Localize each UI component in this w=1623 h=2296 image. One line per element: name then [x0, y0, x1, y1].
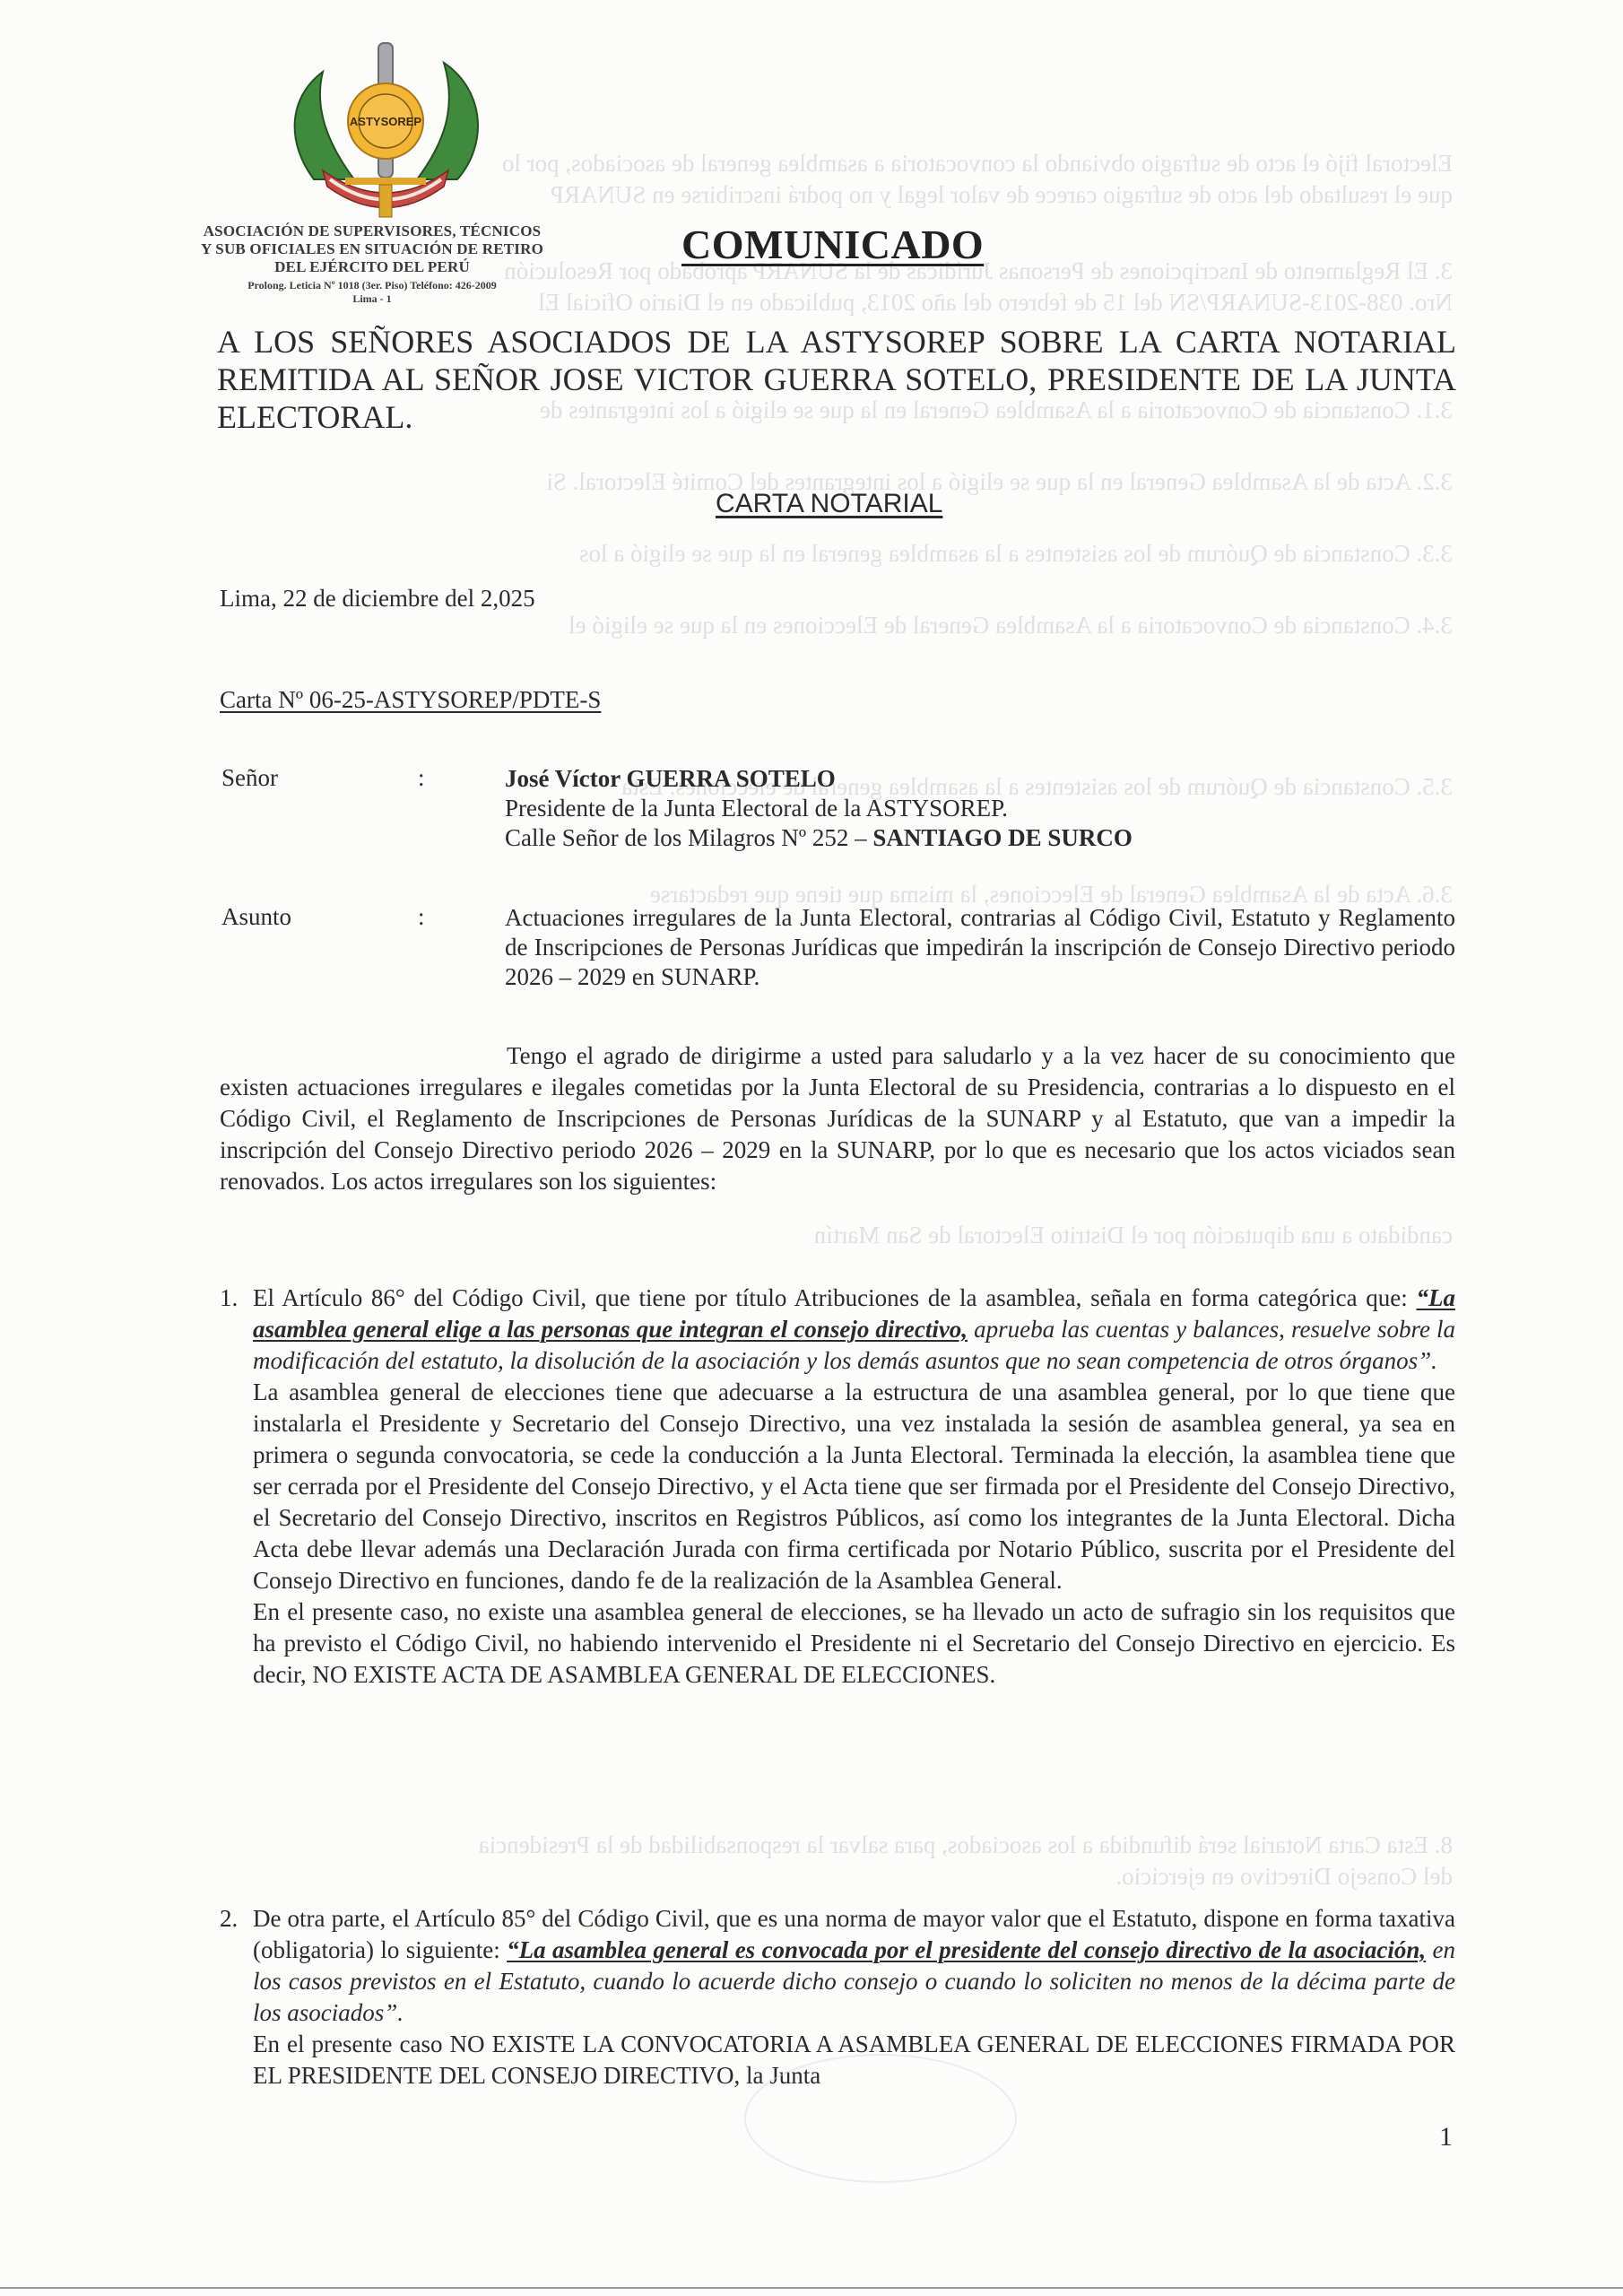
- recipient-name: José Víctor GUERRA SOTELO: [505, 764, 1455, 794]
- association-logo: ASTYSOREP: [251, 36, 520, 224]
- astysorep-emblem-icon: ASTYSOREP: [251, 36, 520, 224]
- letter-reference: Carta Nº 06-25-ASTYSOREP/PDTE-S: [220, 686, 601, 714]
- subject-label: Asunto: [221, 903, 291, 931]
- scan-edge-divider: [0, 2287, 1623, 2289]
- item-lead-paragraph: El Artículo 86° del Código Civil, que ti…: [253, 1283, 1455, 1377]
- svg-text:ASTYSOREP: ASTYSOREP: [350, 115, 422, 128]
- list-item-number: 1.: [220, 1283, 238, 1314]
- document-type-heading: COMUNICADO: [681, 221, 984, 268]
- item-lead-paragraph: De otra parte, el Artículo 85° del Códig…: [253, 1903, 1455, 2029]
- recipient-position: Presidente de la Junta Electoral de la A…: [505, 794, 1455, 823]
- subject-text: Actuaciones irregulares de la Junta Elec…: [505, 903, 1455, 992]
- list-item-body: El Artículo 86° del Código Civil, que ti…: [253, 1283, 1455, 1691]
- org-city: Lima - 1: [179, 292, 565, 305]
- recipient-address: Calle Señor de los Milagros Nº 252 – SAN…: [505, 823, 1455, 853]
- org-name-line-2: Y SUB OFICIALES EN SITUACIÓN DE RETIRO: [179, 240, 565, 258]
- recipient-district: SANTIAGO DE SURCO: [872, 824, 1133, 851]
- intro-paragraph: Tengo el agrado de dirigirme a usted par…: [220, 1040, 1455, 1197]
- recipient-label: Señor: [221, 764, 278, 792]
- subject-colon: :: [418, 903, 425, 931]
- document-headline: A LOS SEÑORES ASOCIADOS DE LA ASTYSOREP …: [217, 323, 1456, 436]
- item-quote-underlined: “La asamblea general es convocada por el…: [507, 1936, 1426, 1963]
- item-paragraph: La asamblea general de elecciones tiene …: [253, 1377, 1455, 1596]
- letter-date: Lima, 22 de diciembre del 2,025: [220, 585, 535, 613]
- list-item-number: 2.: [220, 1903, 238, 1935]
- section-title: CARTA NOTARIAL: [716, 489, 942, 519]
- item-paragraph: En el presente caso, no existe una asamb…: [253, 1596, 1455, 1691]
- org-address: Prolong. Leticia Nº 1018 (3er. Piso) Tel…: [179, 278, 565, 292]
- org-name-line-1: ASOCIACIÓN DE SUPERVISORES, TÉCNICOS: [179, 222, 565, 240]
- recipient-details: José Víctor GUERRA SOTELO Presidente de …: [505, 764, 1455, 853]
- recipient-colon: :: [418, 764, 425, 792]
- item-lead: El Artículo 86° del Código Civil, que ti…: [253, 1284, 1417, 1311]
- page-number: 1: [1439, 2122, 1453, 2152]
- organization-header: ASOCIACIÓN DE SUPERVISORES, TÉCNICOS Y S…: [179, 222, 565, 305]
- list-item-1: 1. El Artículo 86° del Código Civil, que…: [220, 1283, 1455, 1691]
- recipient-street: Calle Señor de los Milagros Nº 252 –: [505, 824, 872, 851]
- faint-stamp: [744, 2054, 1017, 2183]
- org-name-line-3: DEL EJÉRCITO DEL PERÚ: [179, 258, 565, 276]
